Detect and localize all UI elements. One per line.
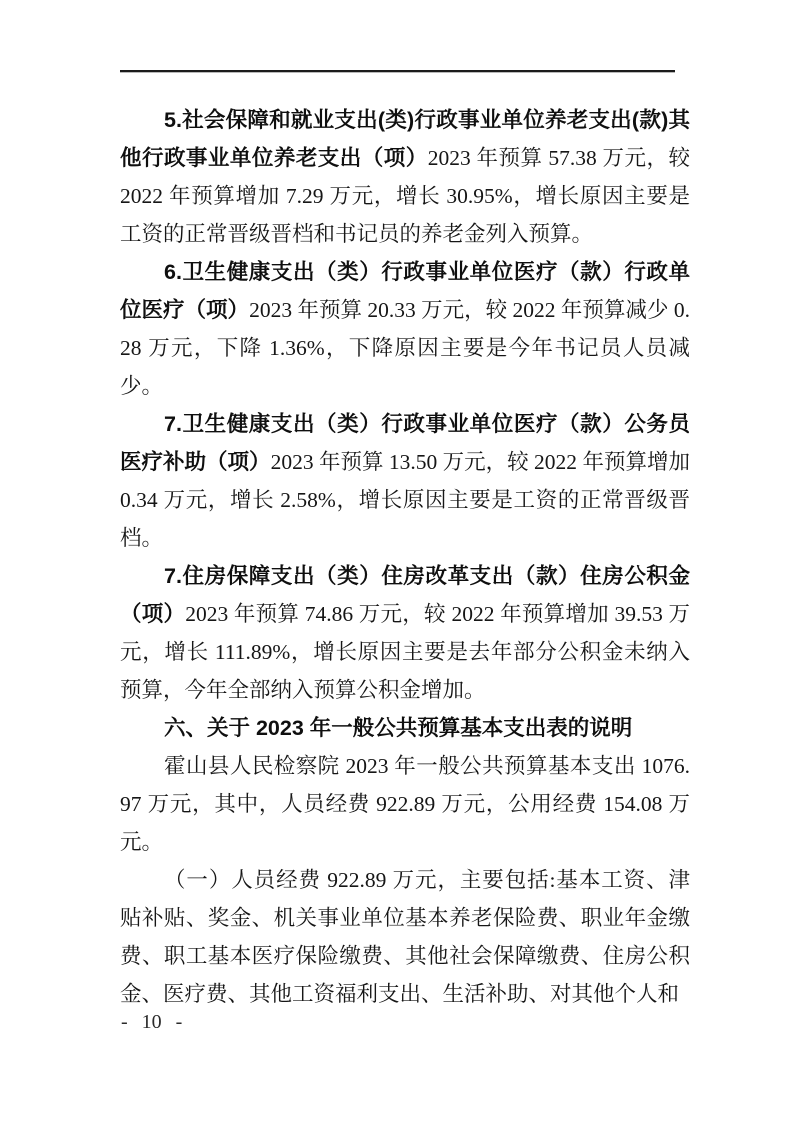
document-body: 5.社会保障和就业支出(类)行政事业单位养老支出(款)其他行政事业单位养老支出（… [120, 101, 690, 1013]
section-six-heading: 六、关于 2023 年一般公共预算基本支出表的说明 [120, 709, 690, 747]
document-page: 5.社会保障和就业支出(类)行政事业单位养老支出(款)其他行政事业单位养老支出（… [0, 0, 793, 1122]
budget-item-paragraph-6: 6.卫生健康支出（类）行政事业单位医疗（款）行政单位医疗（项）2023 年预算 … [120, 253, 690, 405]
personnel-expense-paragraph: （一）人员经费 922.89 万元，主要包括:基本工资、津贴补贴、奖金、机关事业… [120, 861, 690, 1013]
budget-item-paragraph-5: 5.社会保障和就业支出(类)行政事业单位养老支出(款)其他行政事业单位养老支出（… [120, 101, 690, 253]
section-six-summary-paragraph: 霍山县人民检察院 2023 年一般公共预算基本支出 1076.97 万元，其中，… [120, 747, 690, 861]
page-number: - 10 - [121, 1009, 182, 1035]
budget-item-7b-detail: 2023 年预算 74.86 万元，较 2022 年预算增加 39.53 万元，… [120, 602, 690, 702]
budget-item-paragraph-7a: 7.卫生健康支出（类）行政事业单位医疗（款）公务员医疗补助（项）2023 年预算… [120, 405, 690, 557]
header-rule [120, 70, 675, 72]
budget-item-paragraph-7b: 7.住房保障支出（类）住房改革支出（款）住房公积金（项）2023 年预算 74.… [120, 557, 690, 709]
